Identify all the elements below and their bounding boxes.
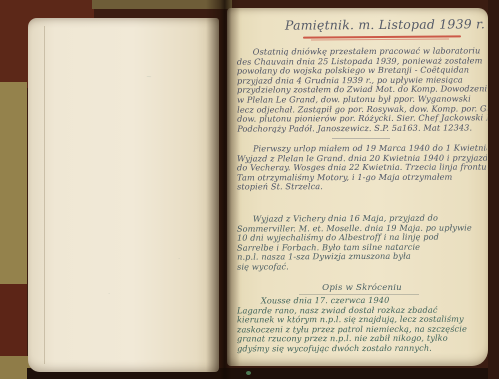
page-crease-line — [44, 26, 45, 364]
cover-edge-maroon — [0, 284, 27, 362]
cover-right-edge — [488, 0, 499, 379]
handwriting-line: zaskoczeni z tyłu przez patrol niemiecką… — [237, 324, 487, 334]
handwriting-line: Tam otrzymaliśmy Motory, i 1-go Maja otr… — [237, 172, 487, 182]
heading-underline — [299, 294, 419, 295]
diary-title: Pamiętnik. m. Listopad 1939 r. — [285, 16, 481, 32]
cover-top-edge — [92, 0, 232, 9]
handwriting-line: gdyśmy się wycofując dwóch zostało ranny… — [237, 344, 487, 354]
cover-speck — [246, 371, 251, 375]
ink-showthrough: . — [178, 253, 180, 261]
section-heading: Opis w Skróceniu — [287, 283, 437, 293]
handwriting-line: stopień St. Strzelca. — [237, 182, 487, 192]
title-underline-red-2 — [311, 39, 449, 41]
diary-paragraph-2: Pierwszy urlop miałem od 19 Marca 1940 d… — [237, 144, 487, 193]
diary-paragraph-4: Xousse dnia 17. czerwca 1940 Lagarde ran… — [237, 296, 487, 354]
right-page-written: Pamiętnik. m. Listopad 1939 r. Ostatnią … — [227, 8, 488, 366]
ink-showthrough: ~ — [146, 73, 152, 81]
ink-showthrough: . — [108, 288, 110, 296]
diary-paragraph-1: Ostatnią dniówkę przestałem pracować w l… — [237, 46, 487, 134]
left-page-blank: ~ . . — [28, 18, 219, 372]
paragraph-separator — [332, 138, 390, 139]
handwriting-line: Podchorąży Padół. Janoszewicz. S.P. 5a16… — [237, 123, 487, 134]
diary-paragraph-3: Wyjazd z Vichery dnia 16 Maja, przyjazd … — [237, 213, 487, 272]
notebook-photo: ~ . . Pamiętnik. m. Listopad 1939 r. Ost… — [0, 0, 499, 379]
cover-edge-khaki — [0, 82, 27, 286]
handwriting-line: się wycofać. — [237, 261, 487, 272]
